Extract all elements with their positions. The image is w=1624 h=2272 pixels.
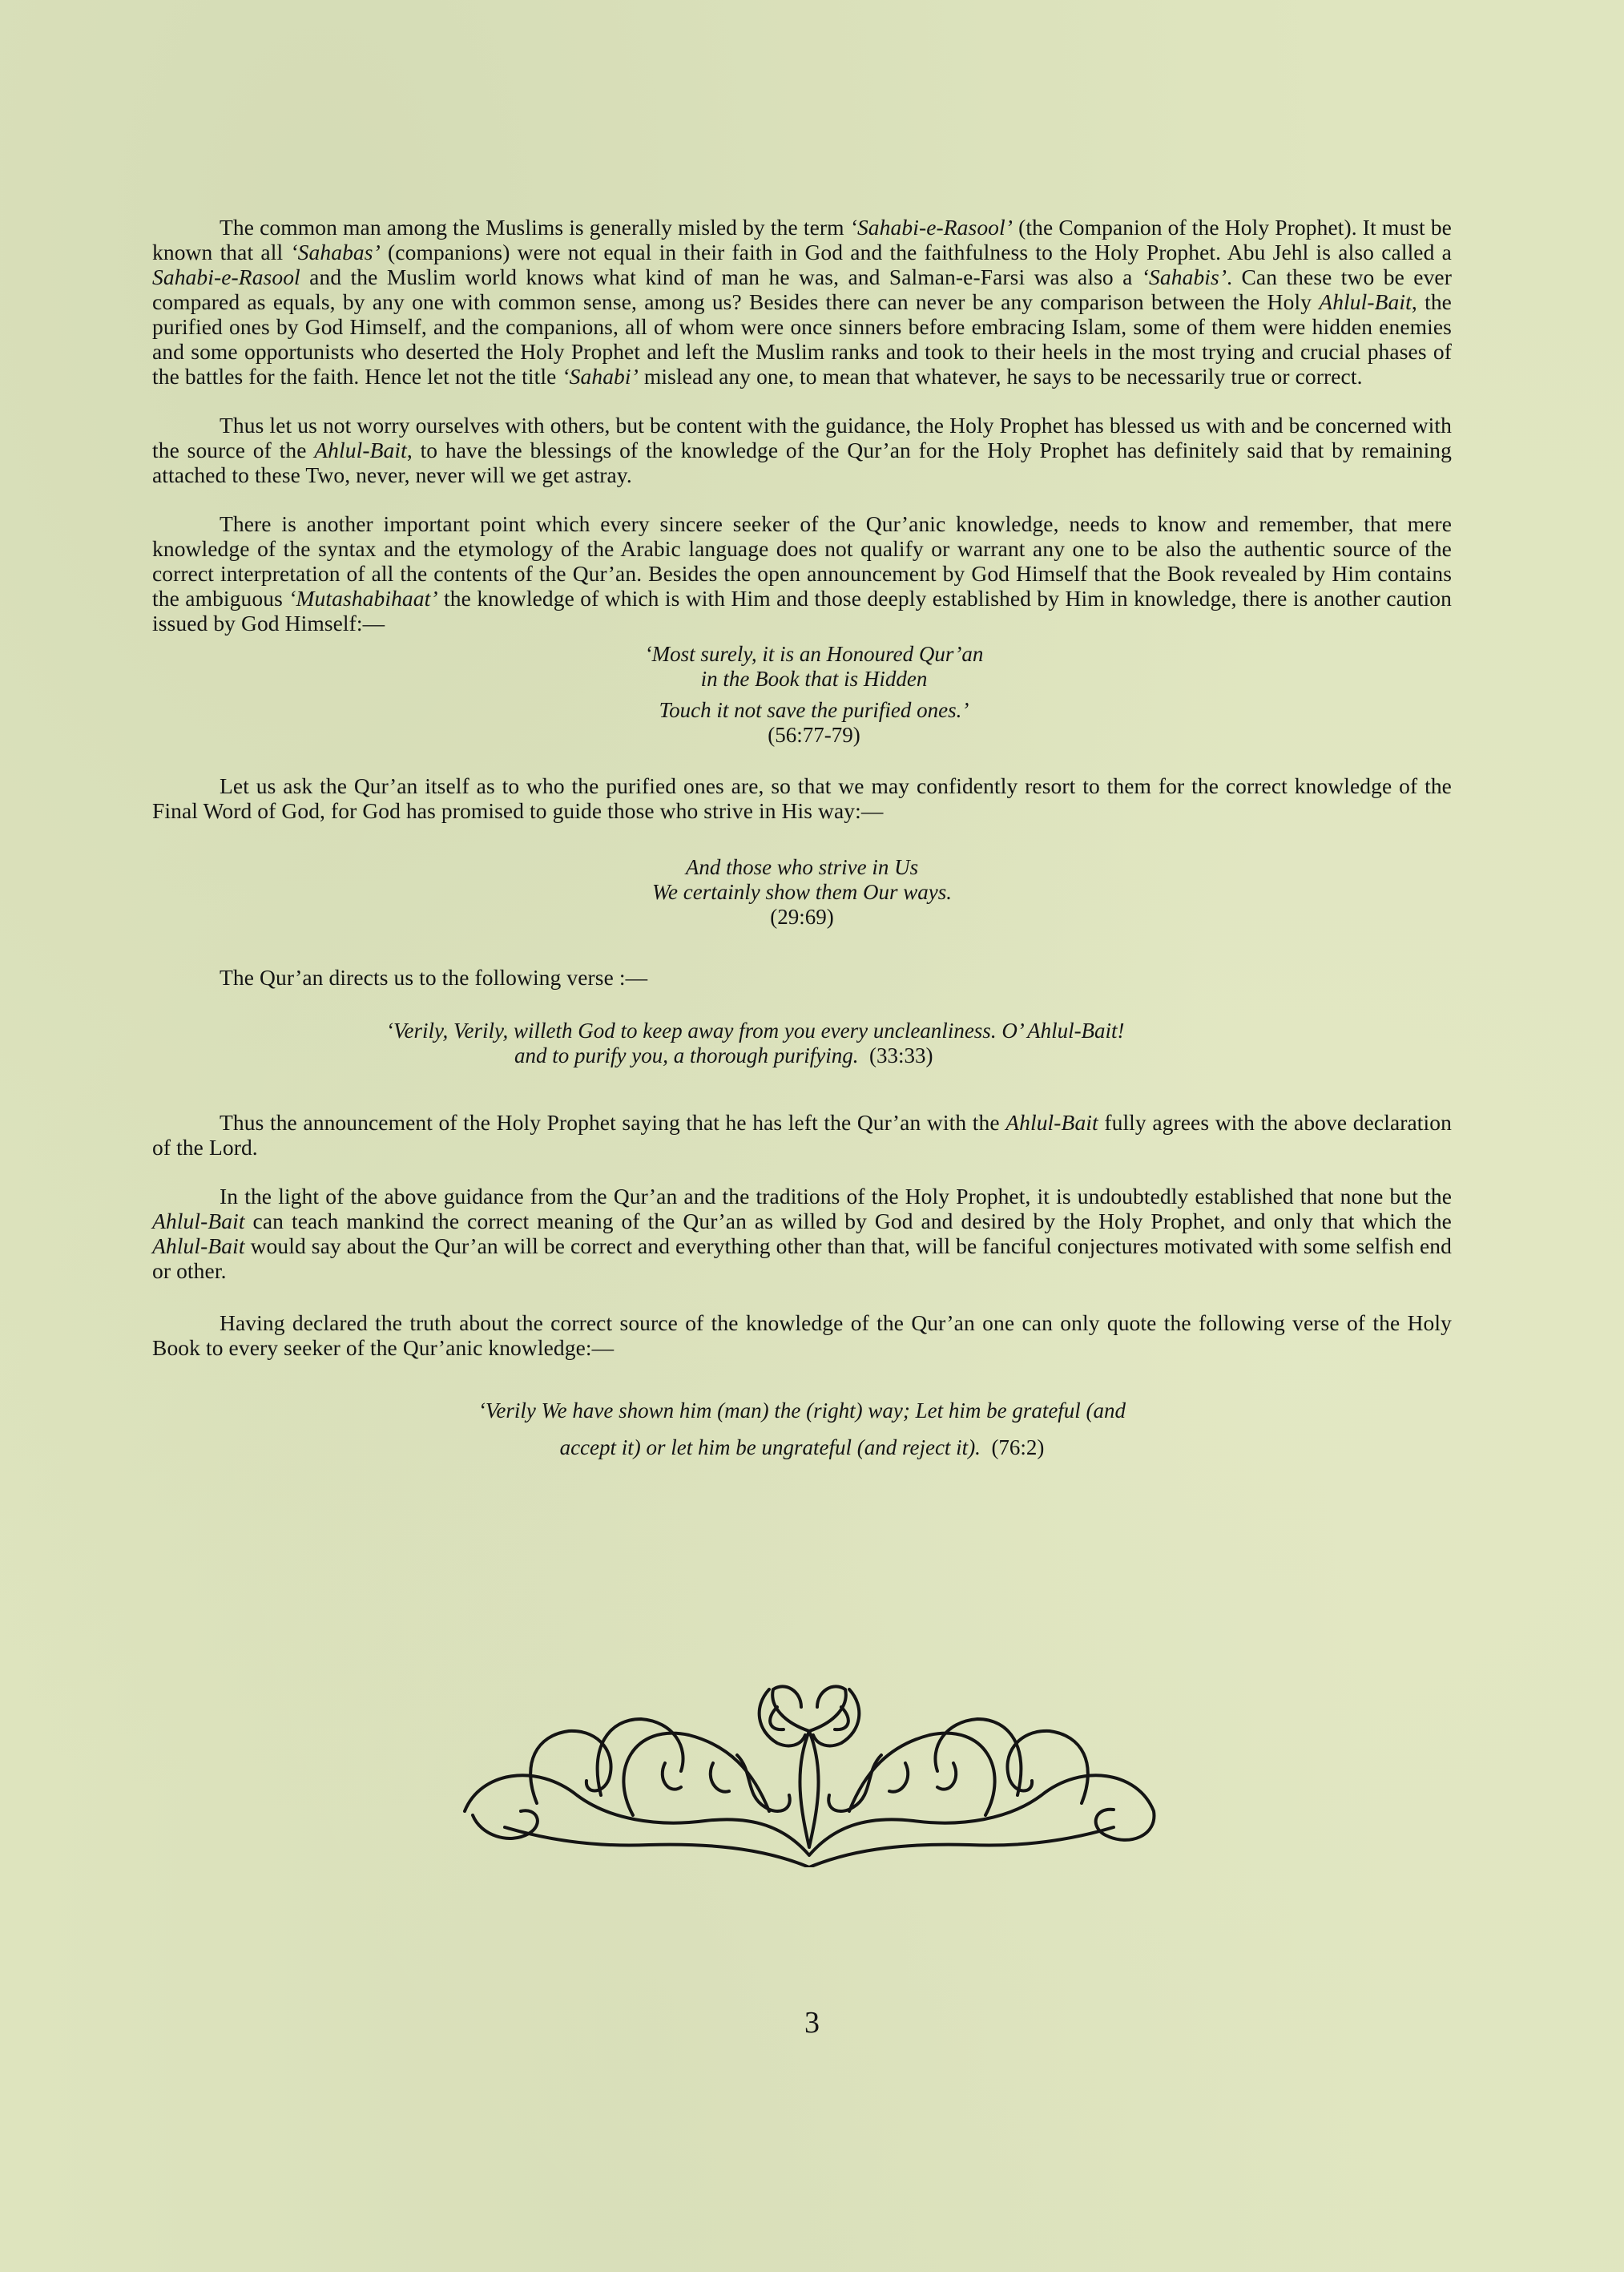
paragraph-announcement: Thus the announcement of the Holy Prophe… — [152, 1110, 1452, 1160]
paragraph-guidance: Thus let us not worry ourselves with oth… — [152, 413, 1452, 487]
paragraph-important-point: There is another important point which e… — [152, 511, 1452, 636]
paragraph-having-declared: Having declared the truth about the corr… — [152, 1310, 1452, 1360]
paragraph-directs: The Qur’an directs us to the following v… — [152, 965, 1452, 990]
floral-scroll-ornament-icon — [449, 1675, 1170, 1867]
verse-reference: (29:69) — [152, 905, 1452, 930]
quote-29-69: And those who strive in Us We certainly … — [152, 855, 1452, 930]
paragraph-sahabi: The common man among the Muslims is gene… — [152, 215, 1452, 389]
verse-reference: (33:33) — [869, 1043, 933, 1067]
verse-reference: (56:77-79) — [176, 723, 1452, 748]
page-number: 3 — [0, 2005, 1624, 2040]
page-body: The common man among the Muslims is gene… — [152, 215, 1452, 1491]
quote-33-33: ‘Verily, Verily, willeth God to keep awa… — [152, 1019, 1452, 1068]
paragraph-light-of-guidance: In the light of the above guidance from … — [152, 1184, 1452, 1283]
verse-reference: (76:2) — [991, 1435, 1044, 1459]
paragraph-ask-quran: Let us ask the Qur’an itself as to who t… — [152, 773, 1452, 823]
quote-56-77-79: ‘Most surely, it is an Honoured Qur’an i… — [152, 642, 1452, 748]
quote-76-2: ‘Verily We have shown him (man) the (rig… — [152, 1392, 1452, 1466]
